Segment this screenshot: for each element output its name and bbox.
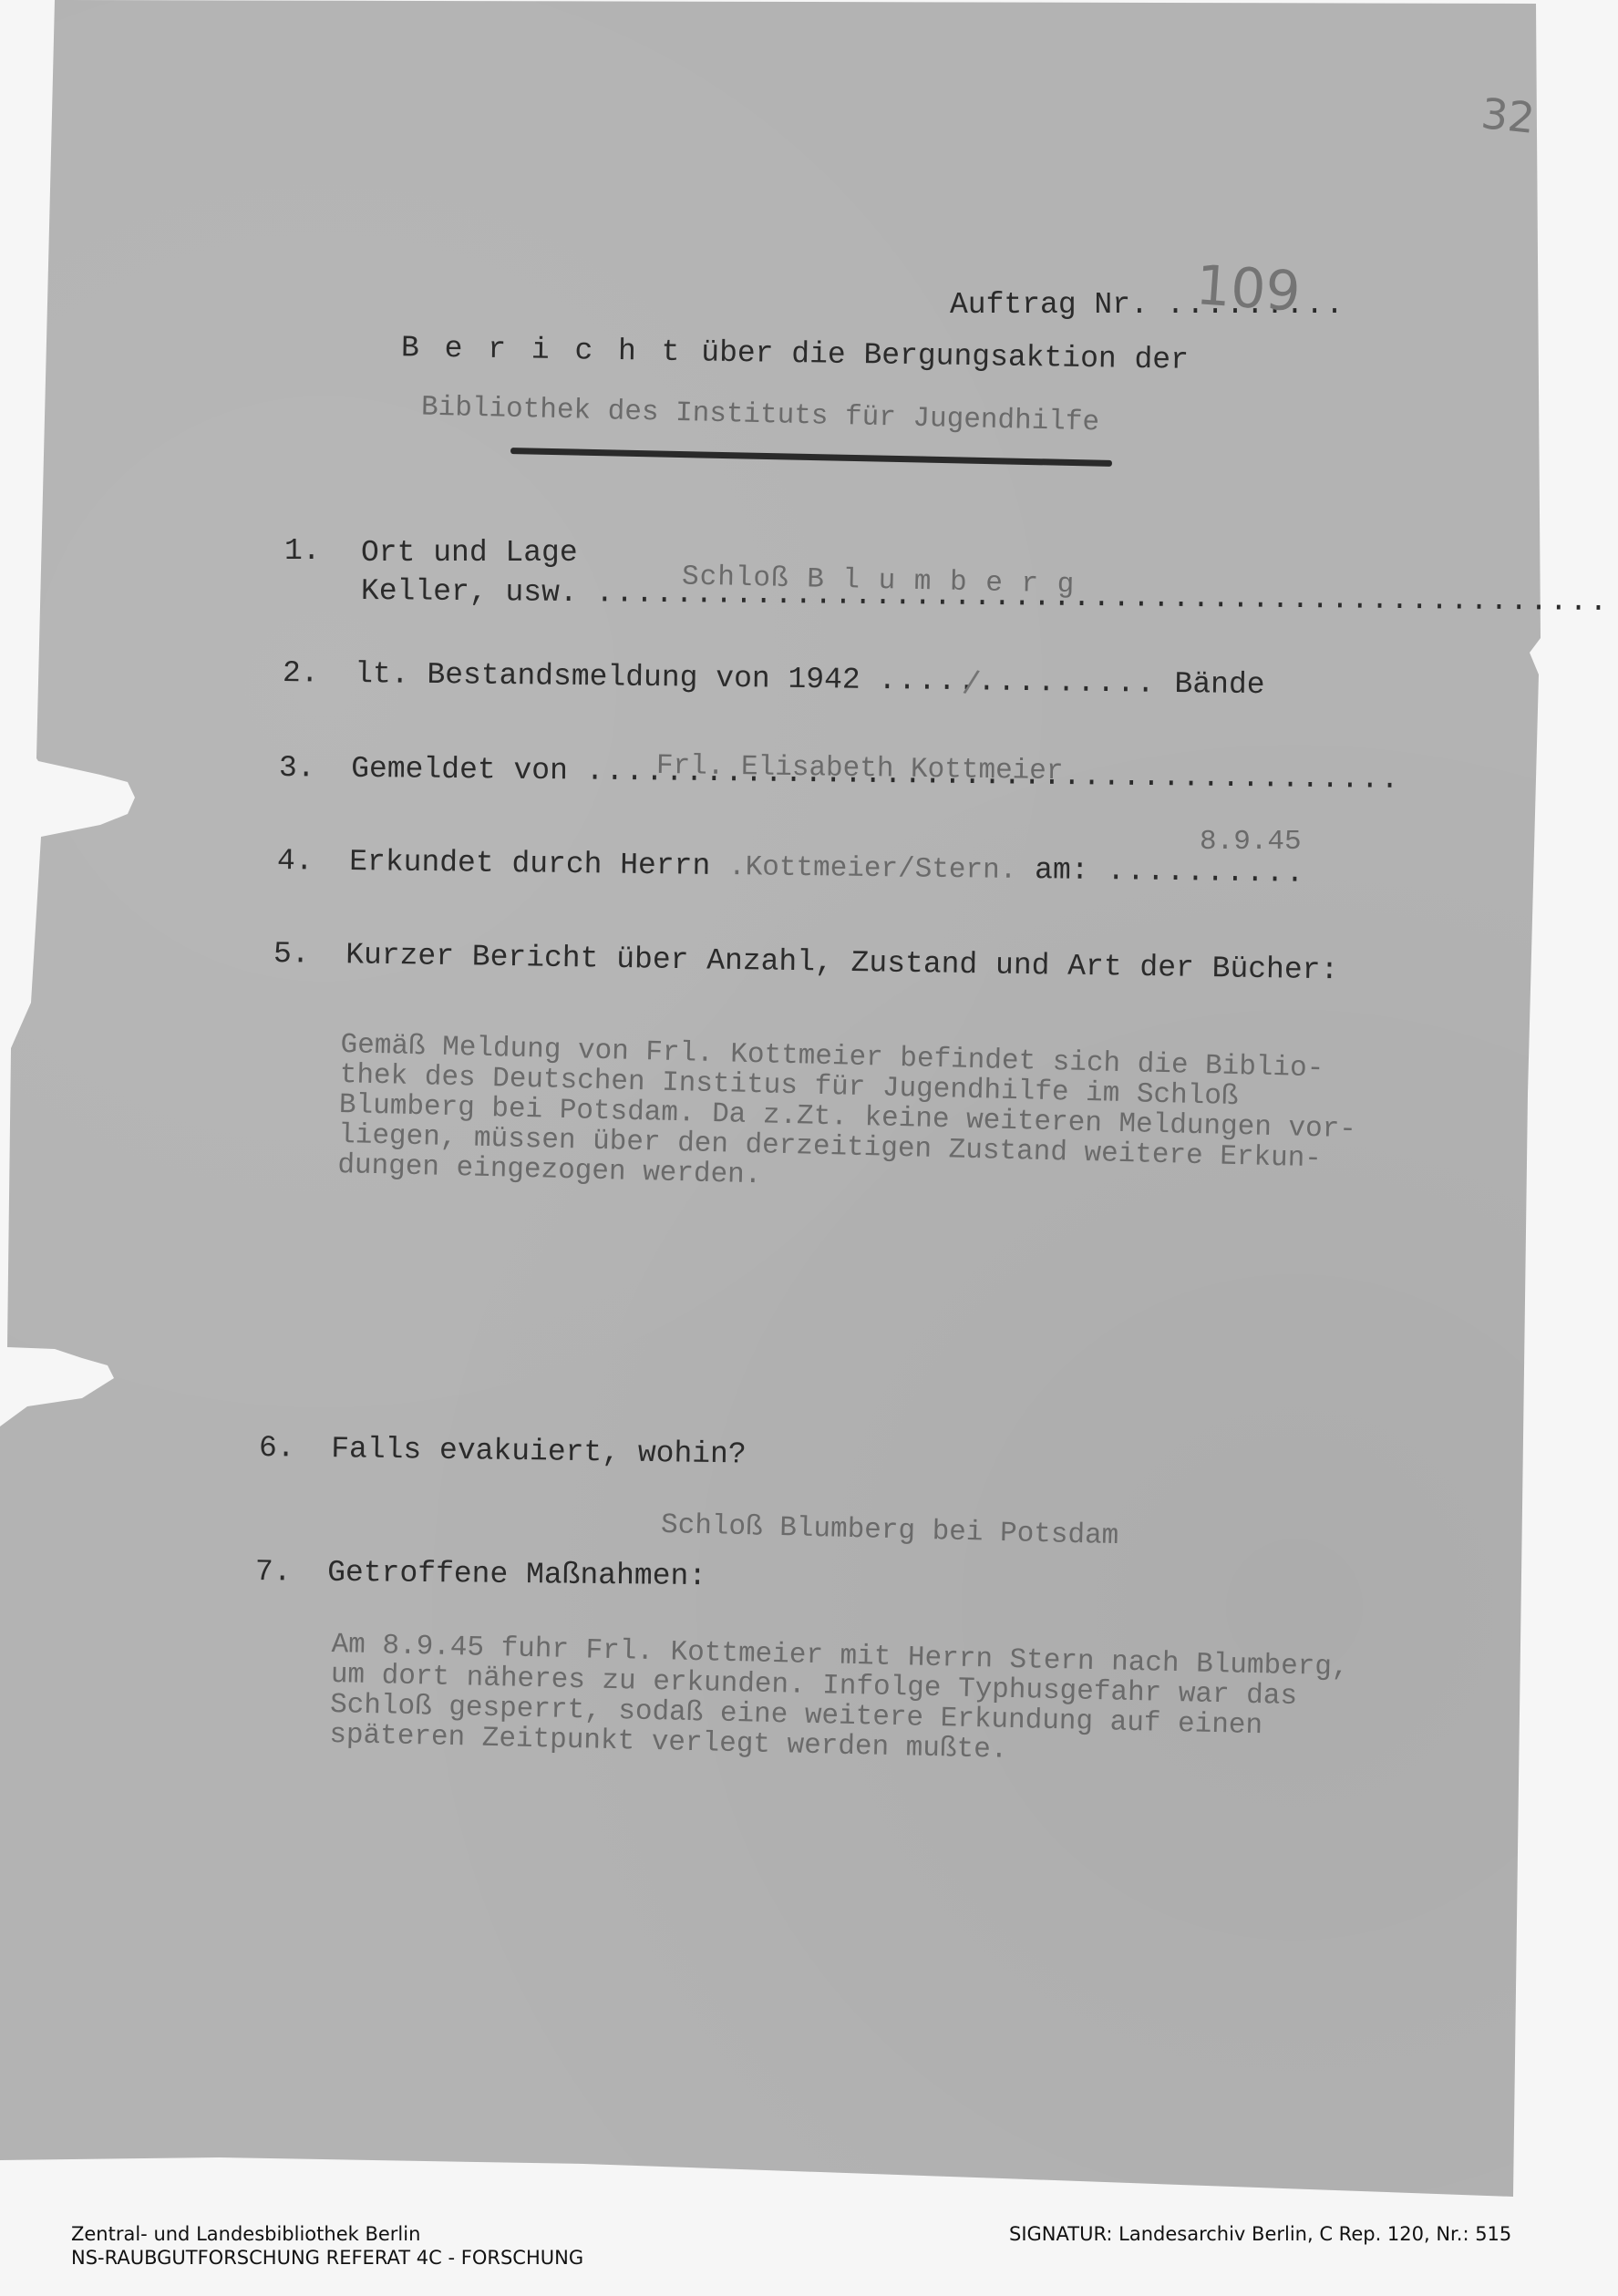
item-5-paragraph: Gemäß Meldung von Frl. Kottmeier befinde…: [337, 1030, 1358, 1205]
item-6-number: 6.: [259, 1431, 295, 1466]
item-1-label-line2: Keller, usw.: [361, 574, 578, 610]
item-7-label: Getroffene Maßnahmen:: [327, 1556, 706, 1593]
item-7-row: 7. Getroffene Maßnahmen:: [255, 1555, 706, 1593]
page-number-handwritten: 32: [1479, 88, 1537, 143]
item-2-suffix: Bände: [1174, 667, 1264, 702]
item-1-label-line1: Ort und Lage: [361, 536, 578, 570]
item-7-paragraph: Am 8.9.45 fuhr Frl. Kottmeier mit Herrn …: [329, 1630, 1349, 1773]
item-5-number: 5.: [273, 937, 310, 972]
item-4-number: 4.: [277, 844, 314, 878]
item-4-value: .Kottmeier/Stern.: [728, 851, 1017, 887]
item-7-number: 7.: [255, 1555, 292, 1589]
footer-institution: Zentral- und Landesbibliothek Berlin: [71, 2222, 583, 2246]
item-2-number: 2.: [283, 656, 319, 690]
item-4-dots: ..........: [1107, 854, 1305, 891]
item-2-dots: ..............: [878, 664, 1157, 701]
footer-department: NS-RAUBGUTFORSCHUNG REFERAT 4C - FORSCHU…: [71, 2246, 583, 2270]
item-2-label: lt. Bestandsmeldung von 1942: [355, 657, 861, 697]
report-title-spaced: B e r i c h t: [401, 331, 684, 369]
footer-signature: SIGNATUR: Landesarchiv Berlin, C Rep. 12…: [1009, 2222, 1511, 2246]
item-4-date-label: am:: [1035, 853, 1089, 888]
item-1-number: 1.: [284, 534, 321, 568]
item-3-label: Gemeldet von: [351, 752, 568, 788]
item-3-number: 3.: [279, 751, 315, 785]
footer-left: Zentral- und Landesbibliothek Berlin NS-…: [71, 2222, 583, 2270]
item-6-row: 6. Falls evakuiert, wohin?: [259, 1431, 747, 1471]
item-3-value: Frl. Elisabeth Kottmeier: [656, 750, 1064, 788]
order-number-handwritten: 109: [1194, 253, 1303, 324]
item-6-label: Falls evakuiert, wohin?: [331, 1432, 747, 1471]
item-4-date-value: 8.9.45: [1200, 826, 1302, 858]
item-4-label: Erkundet durch Herrn: [349, 845, 711, 883]
order-label: Auftrag Nr.: [950, 288, 1149, 322]
